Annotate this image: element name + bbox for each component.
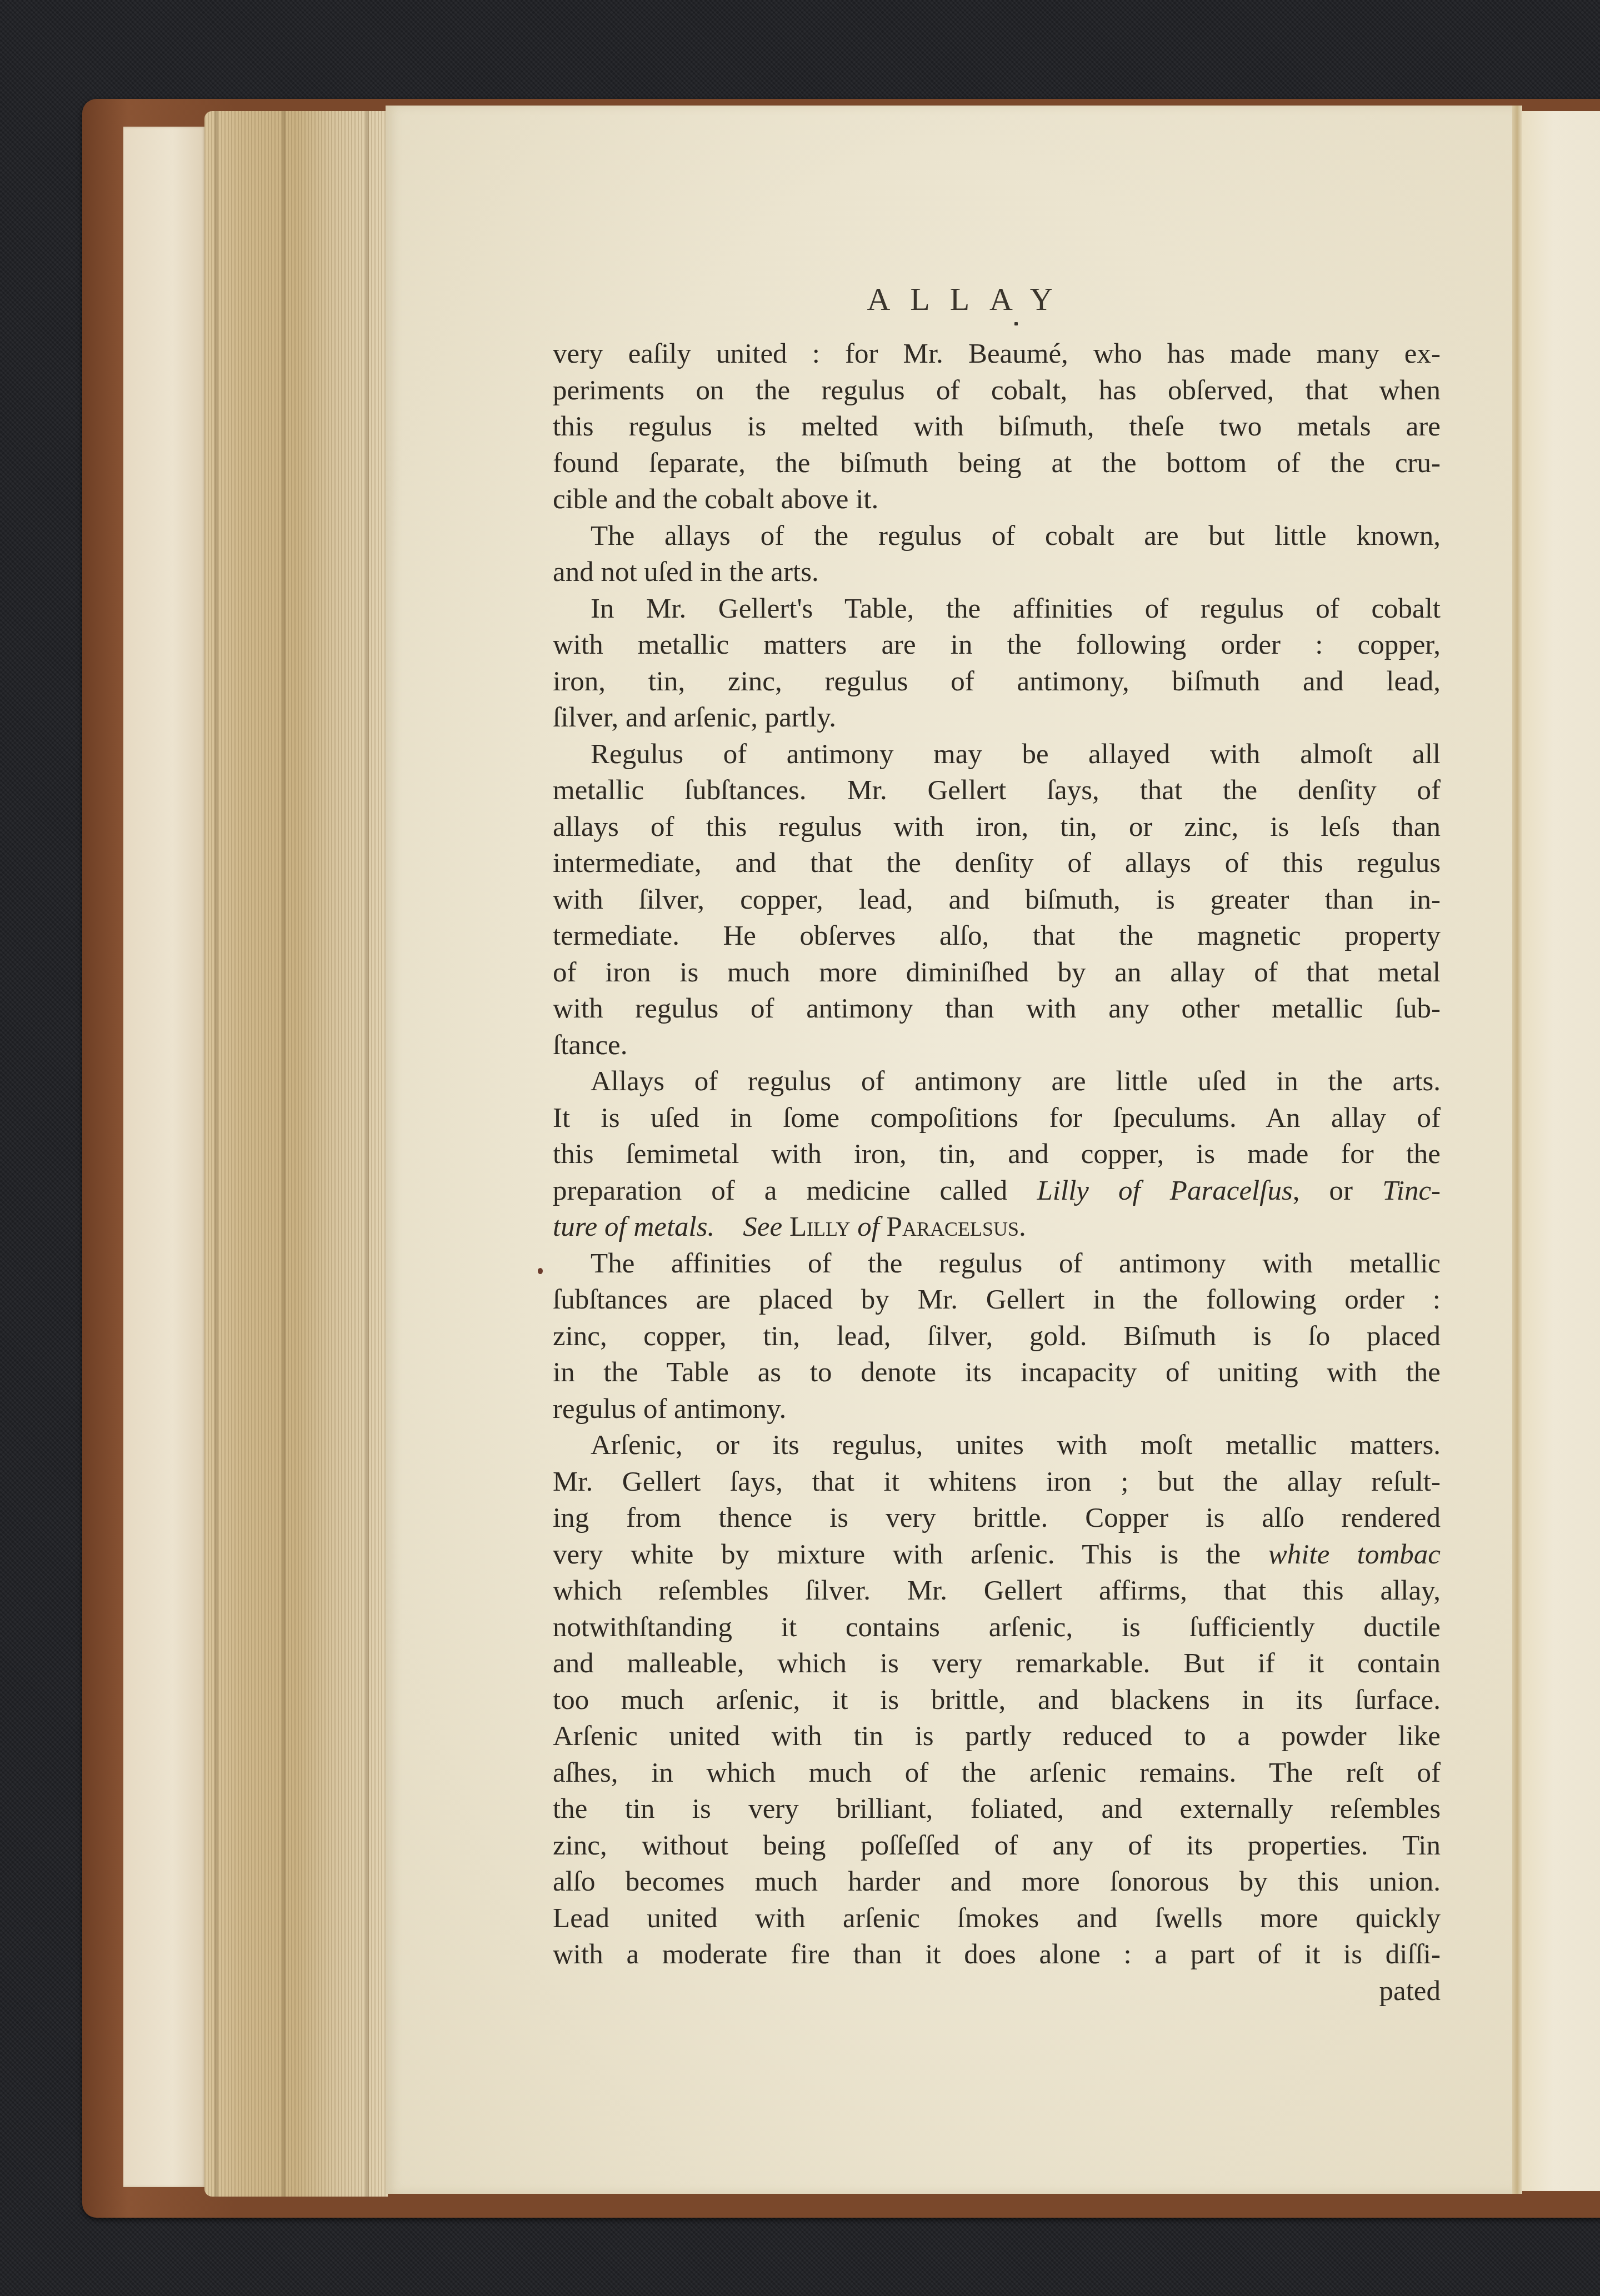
text-line: periments on the regulus of cobalt, has …	[553, 373, 1441, 409]
book-gutter	[1512, 106, 1522, 2194]
text-line-with-italic: preparation of a medicine called Lilly o…	[553, 1173, 1441, 1210]
text-line: this regulus is melted with biſmuth, the…	[553, 409, 1441, 445]
cross-reference-line: ture of metals. See Lilly of Paracelsus.	[553, 1209, 1441, 1246]
text-line: aſhes, in which much of the arſenic rema…	[553, 1755, 1441, 1792]
text-line: and malleable, which is very remarkable.…	[553, 1646, 1441, 1682]
text-line: alſo becomes much harder and more ſonoro…	[553, 1864, 1441, 1901]
text-line: metallic ſubſtances. Mr. Gellert ſays, t…	[553, 773, 1441, 809]
text-line: zinc, copper, tin, lead, ſilver, gold. B…	[553, 1319, 1441, 1355]
catchword: pated	[553, 1973, 1441, 2010]
text-line: with a moderate fire than it does alone …	[553, 1937, 1441, 1973]
paragraph-start: Regulus of antimony may be allayed with …	[553, 736, 1441, 773]
paragraph-start: In Mr. Gellert's Table, the affinities o…	[553, 591, 1441, 628]
italic-term: Lilly of Paracelſus	[1037, 1175, 1292, 1206]
text-line: too much arſenic, it is brittle, and bla…	[553, 1682, 1441, 1719]
see-reference: See	[743, 1211, 782, 1242]
text-line: with metallic matters are in the followi…	[553, 627, 1441, 664]
italic-term: Tinc-	[1382, 1175, 1441, 1206]
text-line: termediate. He obſerves alſo, that the m…	[553, 918, 1441, 955]
text-line: iron, tin, zinc, regulus of antimony, bi…	[553, 664, 1441, 700]
text-line: intermediate, and that the denſity of al…	[553, 845, 1441, 882]
text-line: and not uſed in the arts.	[553, 554, 1441, 591]
text-line: Lead united with arſenic ſmokes and ſwel…	[553, 1901, 1441, 1937]
text-line: ſilver, and arſenic, partly.	[553, 700, 1441, 736]
running-header: ALLAY	[386, 280, 1534, 318]
text-line: with regulus of antimony than with any o…	[553, 991, 1441, 1027]
text-line: in the Table as to denote its incapacity…	[553, 1355, 1441, 1391]
front-endpaper	[123, 127, 206, 2187]
text-line: ſubſtances are placed by Mr. Gellert in …	[553, 1282, 1441, 1319]
italic-term: white tombac	[1268, 1539, 1441, 1570]
text-line: allays of this regulus with iron, tin, o…	[553, 809, 1441, 846]
text-line: of iron is much more diminiſhed by an al…	[553, 955, 1441, 991]
text-line-with-italic: very white by mixture with arſenic. This…	[553, 1537, 1441, 1573]
text-line: cible and the cobalt above it.	[553, 482, 1441, 518]
text-line: It is uſed in ſome compoſitions for ſpec…	[553, 1100, 1441, 1137]
paragraph-start: The allays of the regulus of cobalt are …	[553, 518, 1441, 555]
cross-reference-term: Paracelsus.	[887, 1211, 1026, 1242]
cross-reference-term: Lilly	[789, 1211, 851, 1242]
text-line: the tin is very brilliant, foliated, and…	[553, 1791, 1441, 1828]
margin-ink-mark	[538, 1268, 543, 1274]
paragraph-start: The affinities of the regulus of antimon…	[553, 1246, 1441, 1282]
page-edge-band	[282, 111, 286, 2197]
body-text: very eaſily united : for Mr. Beaumé, who…	[553, 336, 1441, 2009]
text-line: ſtance.	[553, 1027, 1441, 1064]
text-line: very eaſily united : for Mr. Beaumé, who…	[553, 336, 1441, 373]
text-line: notwithſtanding it contains arſenic, is …	[553, 1610, 1441, 1646]
text-line: ing from thence is very brittle. Copper …	[553, 1500, 1441, 1537]
text-line: this ſemimetal with iron, tin, and coppe…	[553, 1136, 1441, 1173]
paragraph-start: Arſenic, or its regulus, unites with moſ…	[553, 1427, 1441, 1464]
text-line: with ſilver, copper, lead, and biſmuth, …	[553, 882, 1441, 919]
italic-term: ture of metals.	[553, 1211, 714, 1242]
text-line: zinc, without being poſſeſſed of any of …	[553, 1828, 1441, 1864]
facing-page-edge	[1522, 111, 1600, 2191]
text-line: found ſeparate, the biſmuth being at the…	[553, 445, 1441, 482]
text-line: Mr. Gellert ſays, that it whitens iron ;…	[553, 1464, 1441, 1501]
text-line: Arſenic united with tin is partly reduce…	[553, 1718, 1441, 1755]
text-line: which reſembles ſilver. Mr. Gellert affi…	[553, 1573, 1441, 1610]
page-edge-band	[366, 111, 369, 2197]
text-line: regulus of antimony.	[553, 1391, 1441, 1428]
page-edge-band	[214, 111, 218, 2197]
header-ornament-dot	[1014, 322, 1018, 325]
paragraph-start: Allays of regulus of antimony are little…	[553, 1064, 1441, 1100]
page-edges-stack	[204, 111, 388, 2197]
